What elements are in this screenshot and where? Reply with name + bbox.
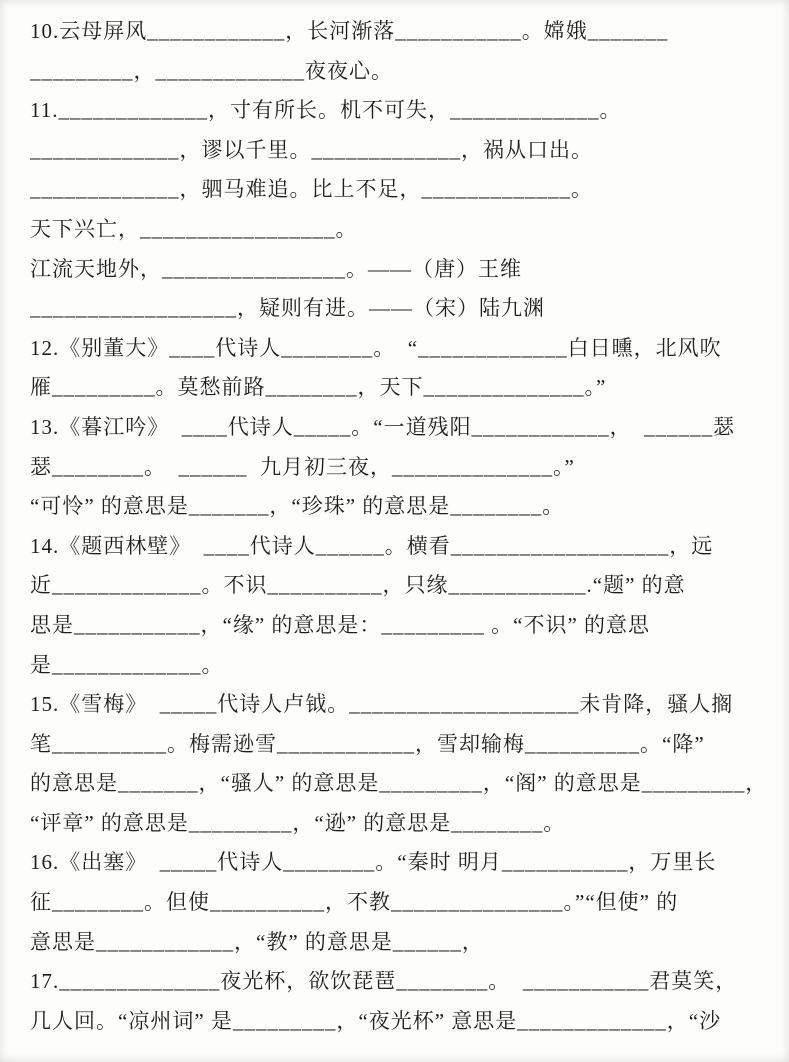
worksheet-line-14c: 思是___________，“缘” 的意思是：_________ 。“不识” 的… xyxy=(30,606,771,646)
worksheet-line-12b: 雁_________。莫愁前路________，天下______________… xyxy=(30,368,771,408)
worksheet-line-17b: 几人回。“凉州词” 是_________，“夜光杯” 意思是__________… xyxy=(30,1002,771,1042)
worksheet-content: 10.云母屏风____________，长河渐落___________。嫦娥__… xyxy=(0,0,789,1041)
worksheet-line-13b: 瑟________。 ______ 九月初三夜，______________。” xyxy=(30,448,771,488)
worksheet-line-14b: 近_____________。不识__________，只缘__________… xyxy=(30,566,771,606)
worksheet-line-17a: 17.______________夜光杯，欲饮琵琶________。 _____… xyxy=(30,962,771,1002)
worksheet-line-11b: _____________，谬以千里。_____________，祸从口出。 xyxy=(30,131,771,171)
worksheet-line-10a: 10.云母屏风____________，长河渐落___________。嫦娥__… xyxy=(30,12,771,52)
worksheet-line-15b: 笔__________。梅需逊雪____________，雪却输梅_______… xyxy=(30,725,771,765)
worksheet-line-11e: 江流天地外，________________。——（唐）王维 xyxy=(30,250,771,290)
worksheet-line-16c: 意思是____________，“教” 的意思是______， xyxy=(30,923,771,963)
worksheet-line-11f: __________________，疑则有进。——（宋）陆九渊 xyxy=(30,289,771,329)
worksheet-line-16a: 16.《出塞》 _____代诗人________。“秦时 明月_________… xyxy=(30,843,771,883)
worksheet-line-11a: 11._____________，寸有所长。机不可失，_____________… xyxy=(30,91,771,131)
worksheet-line-15c: 的意思是_______，“骚人” 的意思是_________，“阁” 的意思是_… xyxy=(30,764,771,804)
worksheet-line-14d: 是_____________。 xyxy=(30,646,771,686)
worksheet-line-15a: 15.《雪梅》 _____代诗人卢钺。____________________未… xyxy=(30,685,771,725)
worksheet-line-13c: “可怜” 的意思是_______，“珍珠” 的意思是________。 xyxy=(30,487,771,527)
worksheet-line-11d: 天下兴亡，_________________。 xyxy=(30,210,771,250)
worksheet-line-10b: _________，_____________夜夜心。 xyxy=(30,52,771,92)
worksheet-line-16b: 征________。但使__________，不教_______________… xyxy=(30,883,771,923)
worksheet-line-14a: 14.《题西林壁》 ____代诗人______。横看______________… xyxy=(30,527,771,567)
worksheet-line-11c: _____________，驷马难追。比上不足，_____________。 xyxy=(30,170,771,210)
worksheet-line-12a: 12.《别董大》____代诗人________。 “_____________白… xyxy=(30,329,771,369)
worksheet-line-13a: 13.《暮江吟》 ____代诗人_____。“一道残阳____________，… xyxy=(30,408,771,448)
worksheet-page: 10.云母屏风____________，长河渐落___________。嫦娥__… xyxy=(0,0,789,1062)
worksheet-line-15d: “评章” 的意思是_________，“逊” 的意思是________。 xyxy=(30,804,771,844)
